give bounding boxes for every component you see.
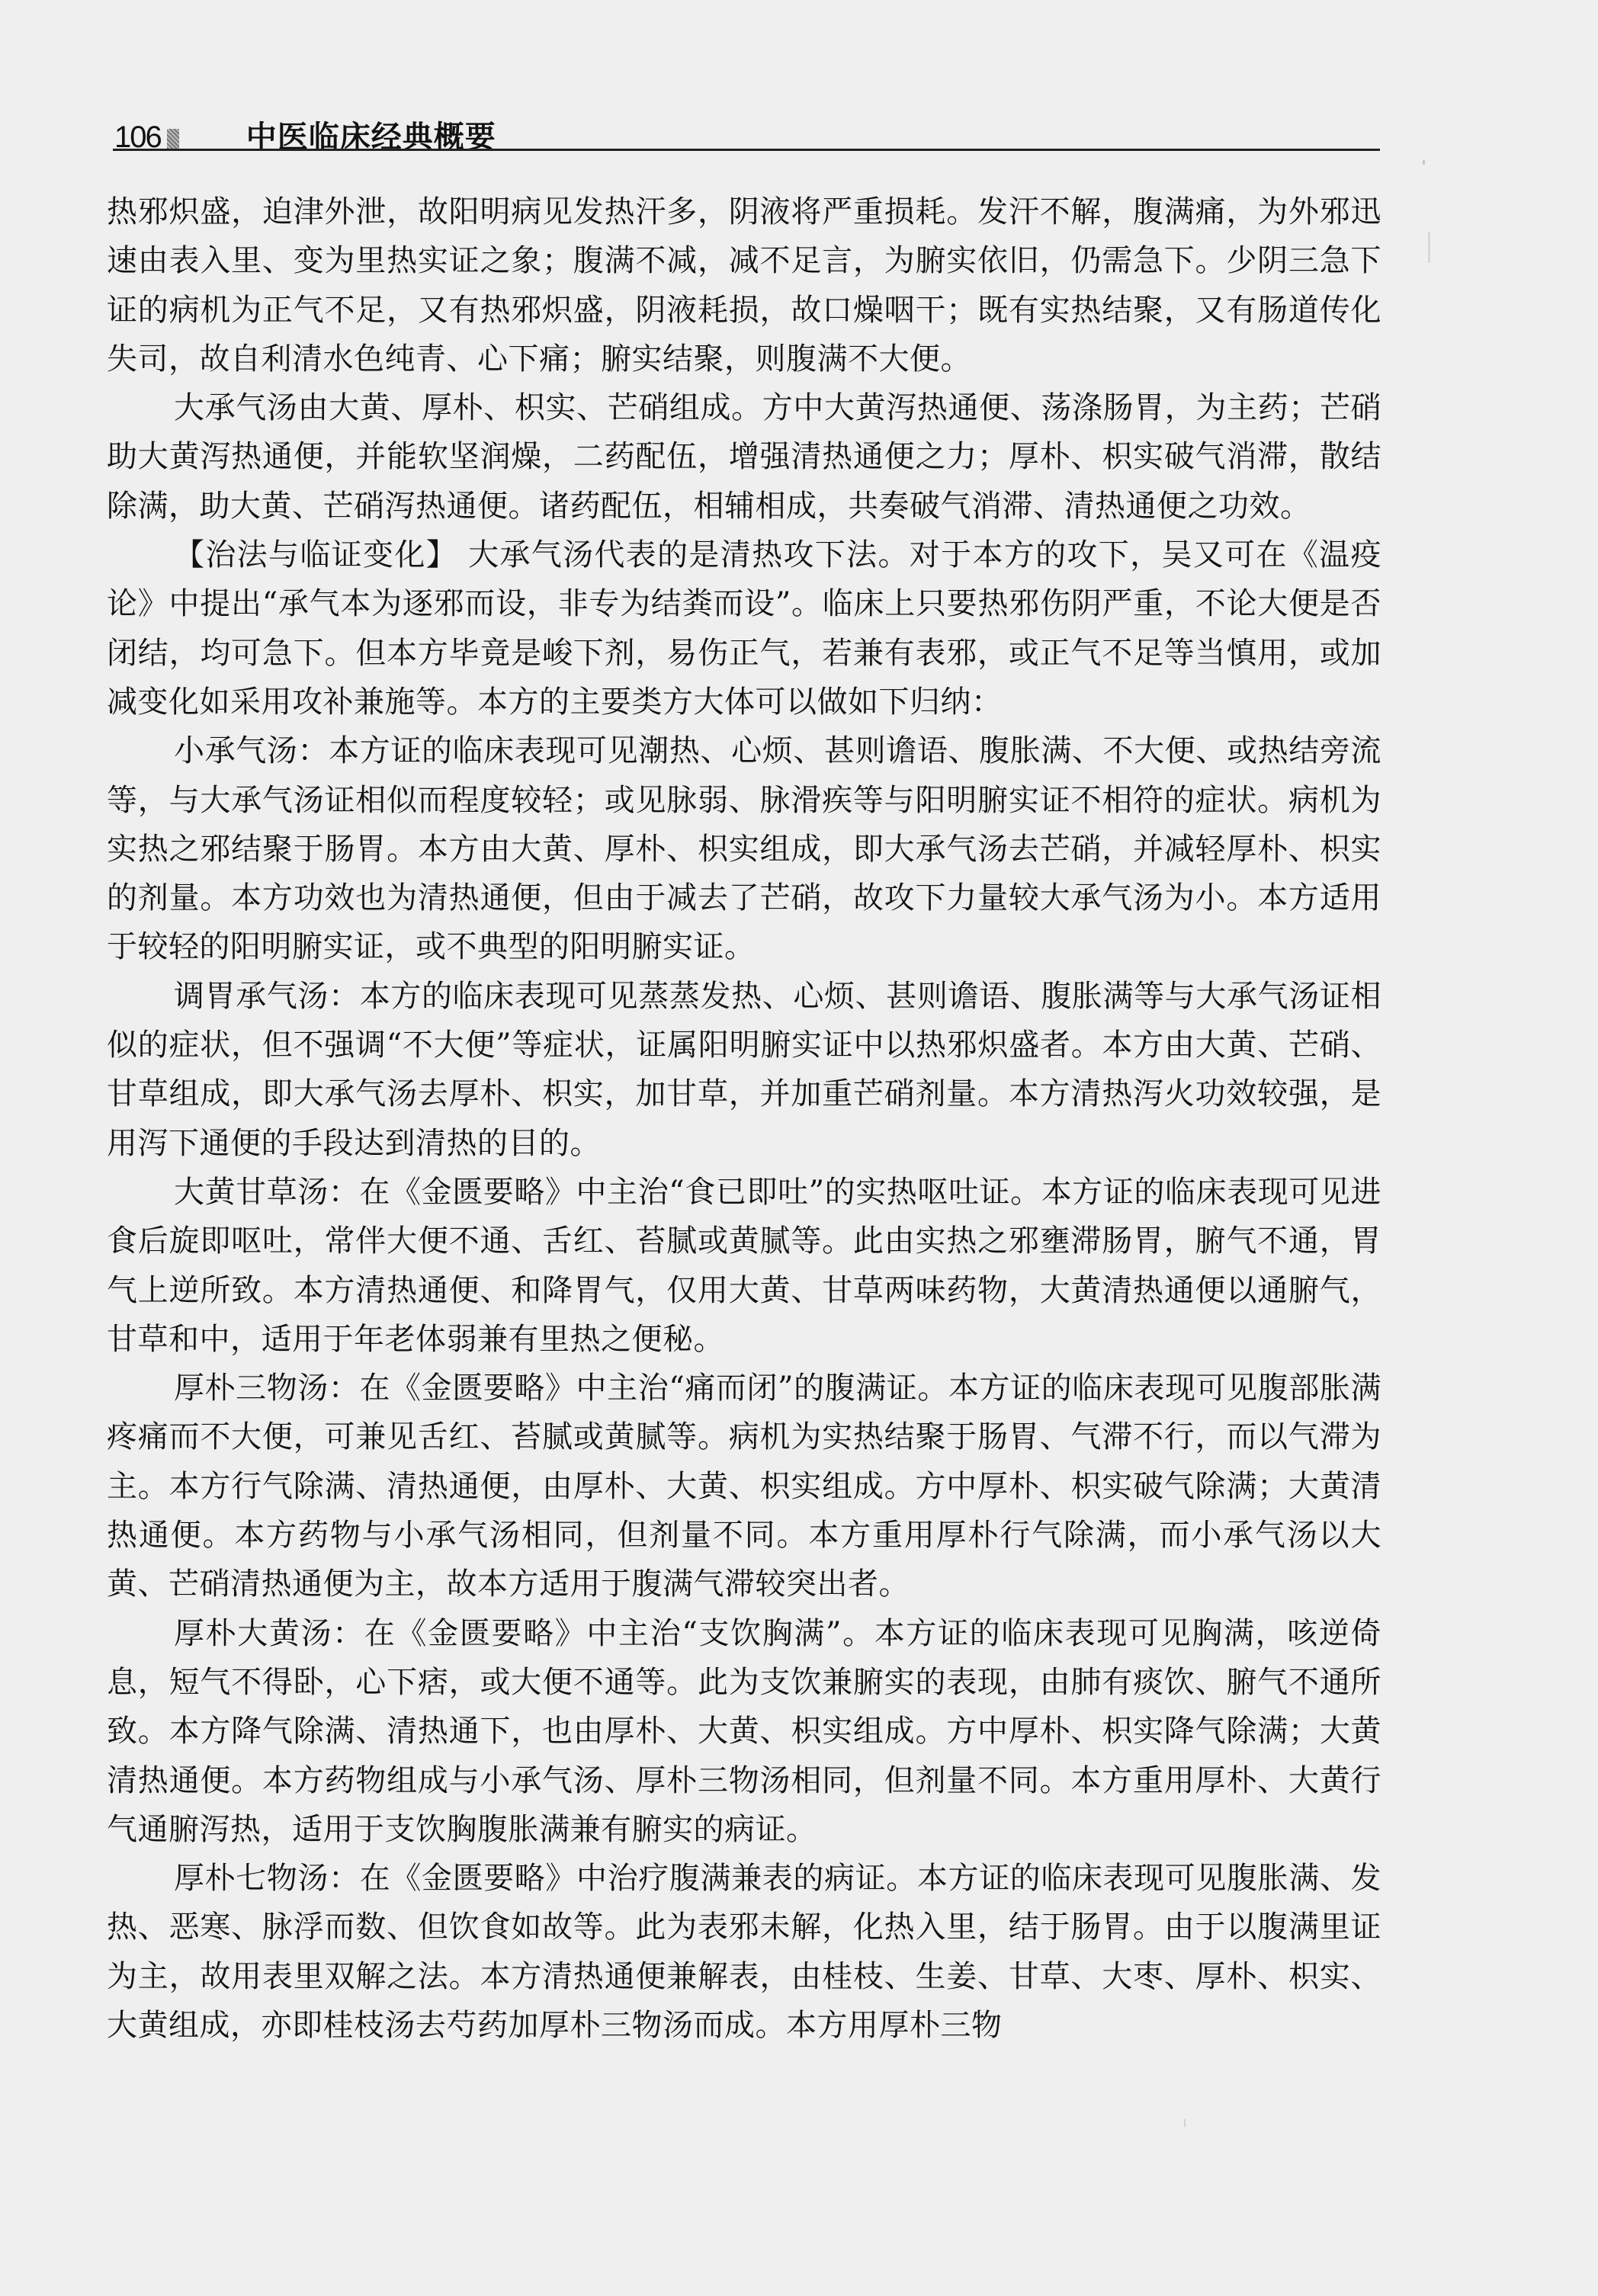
paragraph-text: 厚朴三物汤：在《金匮要略》中主治“痛而闭”的腹满证。本方证的临床表现可见腹部胀满…: [107, 1371, 1381, 1602]
paragraph-text: 大黄甘草汤：在《金匮要略》中主治“食已即吐”的实热呕吐证。本方证的临床表现可见进…: [107, 1175, 1381, 1357]
scan-artifact: [1428, 232, 1430, 263]
page-marker-icon: [167, 129, 179, 149]
running-header: 106 中医临床经典概要: [114, 107, 1381, 152]
paragraph-dahuang-gancao: 大黄甘草汤：在《金匮要略》中主治“食已即吐”的实热呕吐证。本方证的临床表现可见进…: [107, 1168, 1381, 1364]
book-title: 中医临床经典概要: [246, 122, 496, 152]
paragraph-continued: 热邪炽盛，迫津外泄，故阳明病见发热汗多，阴液将严重损耗。发汗不解，腹满痛，为外邪…: [107, 188, 1381, 383]
paragraph-text: 热邪炽盛，迫津外泄，故阳明病见发热汗多，阴液将严重损耗。发汗不解，腹满痛，为外邪…: [107, 194, 1381, 377]
paragraph-houpo-sanwu: 厚朴三物汤：在《金匮要略》中主治“痛而闭”的腹满证。本方证的临床表现可见腹部胀满…: [107, 1364, 1381, 1608]
paragraph-text: 调胃承气汤：本方的临床表现可见蒸蒸发热、心烦、甚则谵语、腹胀满等与大承气汤证相似…: [107, 979, 1381, 1161]
page-number: 106: [114, 122, 161, 152]
paragraph-treatment-variation: 【治法与临证变化】 大承气汤代表的是清热攻下法。对于本方的攻下，吴又可在《温疫论…: [107, 531, 1381, 726]
header-rule: [113, 149, 1380, 151]
scan-artifact: [1184, 2119, 1186, 2127]
section-heading: 【治法与临证变化】: [174, 537, 457, 572]
paragraph-tiaowei-chengqi: 调胃承气汤：本方的临床表现可见蒸蒸发热、心烦、甚则谵语、腹胀满等与大承气汤证相似…: [107, 972, 1381, 1168]
paragraph-text: 大承气汤由大黄、厚朴、枳实、芒硝组成。方中大黄泻热通便、荡涤肠胃，为主药；芒硝助…: [107, 390, 1381, 524]
paragraph-houpo-dahuang: 厚朴大黄汤：在《金匮要略》中主治“支饮胸满”。本方证的临床表现可见胸满，咳逆倚息…: [107, 1609, 1381, 1854]
scan-artifact: [1423, 160, 1425, 165]
paragraph-da-chengqi-composition: 大承气汤由大黄、厚朴、枳实、芒硝组成。方中大黄泻热通便、荡涤肠胃，为主药；芒硝助…: [107, 383, 1381, 531]
paragraph-xiao-chengqi: 小承气汤：本方证的临床表现可见潮热、心烦、甚则谵语、腹胀满、不大便、或热结旁流等…: [107, 726, 1381, 971]
body-text: 热邪炽盛，迫津外泄，故阳明病见发热汗多，阴液将严重损耗。发汗不解，腹满痛，为外邪…: [107, 188, 1381, 2050]
paragraph-houpo-qiwu: 厚朴七物汤：在《金匮要略》中治疗腹满兼表的病证。本方证的临床表现可见腹胀满、发热…: [107, 1854, 1381, 2050]
paragraph-text: 小承气汤：本方证的临床表现可见潮热、心烦、甚则谵语、腹胀满、不大便、或热结旁流等…: [107, 733, 1381, 964]
paragraph-text: 厚朴七物汤：在《金匮要略》中治疗腹满兼表的病证。本方证的临床表现可见腹胀满、发热…: [107, 1861, 1381, 2043]
paragraph-text: 厚朴大黄汤：在《金匮要略》中主治“支饮胸满”。本方证的临床表现可见胸满，咳逆倚息…: [107, 1616, 1381, 1847]
